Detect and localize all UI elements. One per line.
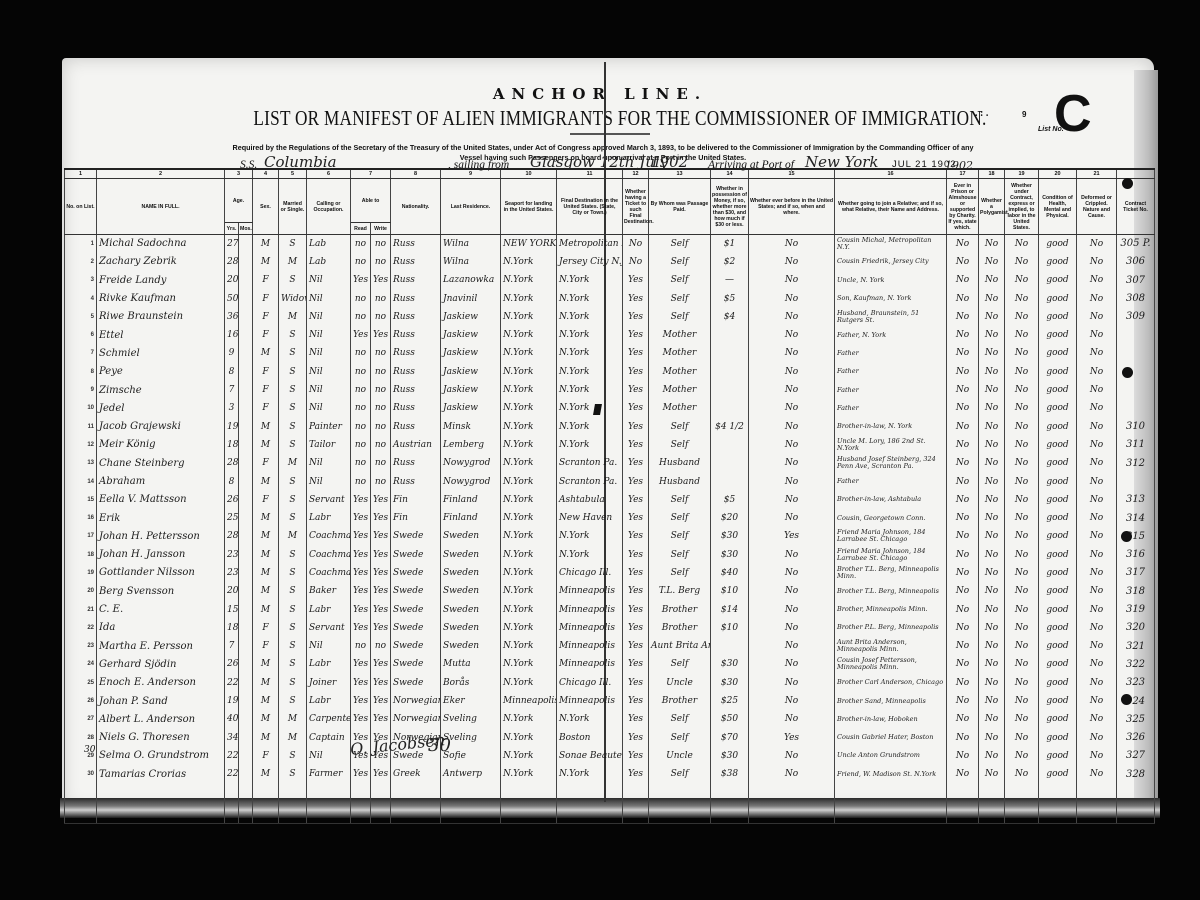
header-money: Whether in possession of Money, if so, w… <box>711 179 749 235</box>
money-cell: $30 <box>711 674 749 692</box>
age-months-cell <box>239 326 253 344</box>
seaport-cell: N.York <box>501 491 557 509</box>
can-read-cell: Yes <box>351 509 371 527</box>
health-cell: good <box>1039 600 1077 618</box>
money-cell <box>711 399 749 417</box>
health-cell: good <box>1039 527 1077 545</box>
final-destination-cell: N.York <box>557 271 623 289</box>
money-cell: $4 <box>711 308 749 326</box>
row-number-cell: 5 <box>65 308 97 326</box>
can-write-cell: no <box>371 637 391 655</box>
last-residence-cell: Sweden <box>441 600 501 618</box>
prison-cell: No <box>947 655 979 673</box>
blank-cell <box>1077 783 1117 823</box>
contract-cell: No <box>1005 289 1039 307</box>
contract-cell: No <box>1005 527 1039 545</box>
table-row: 21C. E.15MSLabrYesYesSwedeSwedenN.YorkMi… <box>65 600 1155 618</box>
joining-relative-cell: Friend Maria Johnson, 184 Larrabee St. C… <box>835 546 947 564</box>
can-write-cell: no <box>371 436 391 454</box>
can-read-cell: Yes <box>351 655 371 673</box>
seaport-cell: N.York <box>501 509 557 527</box>
before-in-us-cell: No <box>749 326 835 344</box>
money-cell: $4 1/2 <box>711 417 749 435</box>
seaport-cell: N.York <box>501 417 557 435</box>
age-years-cell: 40 <box>225 710 239 728</box>
header-able-to: Able to <box>351 179 391 223</box>
joining-relative-cell: Cousin Gabriel Hater, Boston <box>835 729 947 747</box>
can-read-cell: Yes <box>351 674 371 692</box>
age-months-cell <box>239 692 253 710</box>
joining-relative-cell: Husband, Braunstein, 51 Rutgers St. <box>835 308 947 326</box>
age-years-cell: 50 <box>225 289 239 307</box>
last-residence-cell: Jnavinil <box>441 289 501 307</box>
sex-cell: M <box>253 765 279 783</box>
before-in-us-cell: No <box>749 289 835 307</box>
final-destination-cell: N.York <box>557 363 623 381</box>
age-years-cell: 19 <box>225 417 239 435</box>
health-cell: good <box>1039 326 1077 344</box>
table-row: 28Niels G. Thoresen34MMCaptainYesYesNorw… <box>65 729 1155 747</box>
signature-count: 30 <box>428 735 451 756</box>
age-months-cell <box>239 308 253 326</box>
table-row: 22Ida18FSServantYesYesSwedeSwedenN.YorkM… <box>65 619 1155 637</box>
nationality-cell: Swede <box>391 564 441 582</box>
can-read-cell: Yes <box>351 710 371 728</box>
health-cell: good <box>1039 417 1077 435</box>
row-number-cell: 24 <box>65 655 97 673</box>
deformed-cell: No <box>1077 637 1117 655</box>
occupation-cell: Lab <box>307 253 351 271</box>
final-destination-cell: Sonae Beaute <box>557 747 623 765</box>
passage-paid-by-cell: Aunt Brita Anderson <box>649 637 711 655</box>
manifest-table-container: 1 2 3 4 5 6 7 8 9 10 11 12 13 14 15 16 1… <box>64 168 1134 768</box>
header-ticket-to-final: Whether having a Ticket to such Final De… <box>623 179 649 235</box>
final-destination-cell: Chicago Ill. <box>557 564 623 582</box>
age-years-cell: 16 <box>225 326 239 344</box>
age-years-cell: 7 <box>225 637 239 655</box>
age-years-cell: 19 <box>225 692 239 710</box>
prison-cell: No <box>947 582 979 600</box>
marital-status-cell: S <box>279 472 307 490</box>
joining-relative-cell: Brother Carl Anderson, Chicago <box>835 674 947 692</box>
nationality-cell: Swede <box>391 600 441 618</box>
nationality-cell: Austrian <box>391 436 441 454</box>
row-number-cell: 16 <box>65 509 97 527</box>
health-cell: good <box>1039 363 1077 381</box>
marital-status-cell: M <box>279 527 307 545</box>
joining-relative-cell: Brother-in-law, N. York <box>835 417 947 435</box>
polygamist-cell: No <box>979 582 1005 600</box>
passage-paid-by-cell: Self <box>649 655 711 673</box>
ticket-to-destination-cell: Yes <box>623 417 649 435</box>
occupation-cell: Nil <box>307 363 351 381</box>
money-cell: $40 <box>711 564 749 582</box>
last-residence-cell: Sveling <box>441 710 501 728</box>
age-years-cell: 15 <box>225 600 239 618</box>
age-months-cell <box>239 271 253 289</box>
occupation-cell: Coachman <box>307 564 351 582</box>
ticket-to-destination-cell: Yes <box>623 308 649 326</box>
can-read-cell: no <box>351 472 371 490</box>
age-years-cell: 9 <box>225 344 239 362</box>
joining-relative-cell: Uncle Anton Grundstrom <box>835 747 947 765</box>
before-in-us-cell: No <box>749 747 835 765</box>
polygamist-cell: No <box>979 637 1005 655</box>
can-write-cell: Yes <box>371 491 391 509</box>
ticket-to-destination-cell: Yes <box>623 527 649 545</box>
nationality-cell: Swede <box>391 527 441 545</box>
before-in-us-cell: No <box>749 582 835 600</box>
nationality-cell: Russ <box>391 472 441 490</box>
passenger-name-cell: Peye <box>97 363 225 381</box>
contract-cell: No <box>1005 344 1039 362</box>
passage-paid-by-cell: Self <box>649 289 711 307</box>
ticket-to-destination-cell: Yes <box>623 509 649 527</box>
prison-cell: No <box>947 454 979 472</box>
nationality-cell: Russ <box>391 289 441 307</box>
passenger-name-cell: Johan H. Jansson <box>97 546 225 564</box>
passage-paid-by-cell: Self <box>649 417 711 435</box>
age-years-cell: 22 <box>225 674 239 692</box>
sex-cell: F <box>253 399 279 417</box>
contract-cell: No <box>1005 235 1039 253</box>
prison-cell: No <box>947 546 979 564</box>
final-destination-cell: N.York <box>557 344 623 362</box>
seaport-cell: NEW YORK <box>501 235 557 253</box>
can-read-cell: no <box>351 235 371 253</box>
seaport-cell: N.York <box>501 546 557 564</box>
polygamist-cell: No <box>979 692 1005 710</box>
contract-cell: No <box>1005 692 1039 710</box>
passenger-name-cell: Berg Svensson <box>97 582 225 600</box>
deformed-cell: No <box>1077 417 1117 435</box>
can-read-cell: no <box>351 637 371 655</box>
polygamist-cell: No <box>979 747 1005 765</box>
blank-cell <box>65 783 97 823</box>
sex-cell: F <box>253 381 279 399</box>
header-relative: Whether going to join a Relative; and if… <box>835 179 947 235</box>
age-years-cell: 20 <box>225 582 239 600</box>
passenger-name-cell: Freide Landy <box>97 271 225 289</box>
age-months-cell <box>239 491 253 509</box>
row-number-cell: 20 <box>65 582 97 600</box>
before-in-us-cell: No <box>749 308 835 326</box>
sex-cell: F <box>253 289 279 307</box>
deformed-cell: No <box>1077 710 1117 728</box>
deformed-cell: No <box>1077 527 1117 545</box>
age-months-cell <box>239 417 253 435</box>
contract-cell: No <box>1005 710 1039 728</box>
can-read-cell: no <box>351 363 371 381</box>
before-in-us-cell: No <box>749 655 835 673</box>
can-read-cell: Yes <box>351 326 371 344</box>
blank-cell <box>749 783 835 823</box>
contract-cell: No <box>1005 582 1039 600</box>
polygamist-cell: No <box>979 674 1005 692</box>
can-read-cell: Yes <box>351 692 371 710</box>
passenger-name-cell: Riwe Braunstein <box>97 308 225 326</box>
last-residence-cell: Lemberg <box>441 436 501 454</box>
ticket-number-cell: 307 <box>1117 271 1155 289</box>
table-row: 17Johan H. Pettersson28MMCoachmanYesYesS… <box>65 527 1155 545</box>
age-months-cell <box>239 674 253 692</box>
money-cell: $30 <box>711 527 749 545</box>
passage-paid-by-cell: Brother <box>649 692 711 710</box>
polygamist-cell: No <box>979 399 1005 417</box>
row-number-cell: 3 <box>65 271 97 289</box>
health-cell: good <box>1039 381 1077 399</box>
joining-relative-cell: Brother T.L. Berg, Minneapolis <box>835 582 947 600</box>
prison-cell: No <box>947 253 979 271</box>
marital-status-cell: S <box>279 326 307 344</box>
joining-relative-cell: Cousin, Georgetown Conn. <box>835 509 947 527</box>
deformed-cell: No <box>1077 674 1117 692</box>
seaport-cell: N.York <box>501 637 557 655</box>
seaport-cell: N.York <box>501 710 557 728</box>
passage-paid-by-cell: Self <box>649 765 711 783</box>
passage-paid-by-cell: Husband <box>649 454 711 472</box>
contract-cell: No <box>1005 253 1039 271</box>
nationality-cell: Swede <box>391 619 441 637</box>
col-num: 11 <box>557 169 623 179</box>
last-residence-cell: Jaskiew <box>441 363 501 381</box>
seaport-cell: N.York <box>501 765 557 783</box>
health-cell: good <box>1039 289 1077 307</box>
blank-cell <box>649 783 711 823</box>
prison-cell: No <box>947 417 979 435</box>
col-num: 21 <box>1077 169 1117 179</box>
health-cell: good <box>1039 655 1077 673</box>
passage-paid-by-cell: T.L. Berg <box>649 582 711 600</box>
before-in-us-cell: No <box>749 235 835 253</box>
age-months-cell <box>239 381 253 399</box>
ticket-number-cell: 327 <box>1117 747 1155 765</box>
contract-cell: No <box>1005 472 1039 490</box>
header-last-residence: Last Residence. <box>441 179 501 235</box>
before-in-us-cell: No <box>749 710 835 728</box>
marital-status-cell: S <box>279 546 307 564</box>
last-residence-cell: Lazanowka <box>441 271 501 289</box>
col-num: 2 <box>97 169 225 179</box>
age-years-cell: 26 <box>225 491 239 509</box>
col-num: 5 <box>279 169 307 179</box>
joining-relative-cell: Friend, W. Madison St. N.York <box>835 765 947 783</box>
table-row: 29Selma O. Grundstrom22FSNilYesYesSwedeS… <box>65 747 1155 765</box>
contract-cell: No <box>1005 564 1039 582</box>
can-write-cell: no <box>371 454 391 472</box>
marital-status-cell: M <box>279 729 307 747</box>
money-cell <box>711 326 749 344</box>
blank-row <box>65 783 1155 823</box>
table-row: 12Meir König18MSTailornonoAustrianLember… <box>65 436 1155 454</box>
age-years-cell: 28 <box>225 253 239 271</box>
can-write-cell: no <box>371 363 391 381</box>
passenger-name-cell: Gerhard Sjödin <box>97 655 225 673</box>
sex-cell: M <box>253 710 279 728</box>
before-in-us-cell: No <box>749 436 835 454</box>
final-destination-cell: Jersey City N.J. <box>557 253 623 271</box>
money-cell: $30 <box>711 546 749 564</box>
row-number-cell: 8 <box>65 363 97 381</box>
before-in-us-cell: No <box>749 271 835 289</box>
row-number-cell: 12 <box>65 436 97 454</box>
before-in-us-cell: No <box>749 381 835 399</box>
polygamist-cell: No <box>979 509 1005 527</box>
blank-cell <box>279 783 307 823</box>
joining-relative-cell: Brother-in-law, Ashtabula <box>835 491 947 509</box>
final-destination-cell: New Haven <box>557 509 623 527</box>
joining-relative-cell: Brother P.L. Berg, Minneapolis <box>835 619 947 637</box>
last-residence-cell: Jaskiew <box>441 399 501 417</box>
col-num: 18 <box>979 169 1005 179</box>
ticket-number-cell <box>1117 399 1155 417</box>
marital-status-cell: S <box>279 619 307 637</box>
seaport-cell: N.York <box>501 564 557 582</box>
sex-cell: F <box>253 454 279 472</box>
before-in-us-cell: No <box>749 674 835 692</box>
ticket-to-destination-cell: Yes <box>623 747 649 765</box>
header-polygamist: Whether a Polygamist. <box>979 179 1005 235</box>
passenger-name-cell: Johan P. Sand <box>97 692 225 710</box>
can-write-cell: no <box>371 417 391 435</box>
can-write-cell: Yes <box>371 326 391 344</box>
money-cell: $20 <box>711 509 749 527</box>
ticket-number-cell: 305 P. <box>1117 235 1155 253</box>
before-in-us-cell: No <box>749 399 835 417</box>
before-in-us-cell: No <box>749 344 835 362</box>
polygamist-cell: No <box>979 655 1005 673</box>
contract-cell: No <box>1005 308 1039 326</box>
ticket-number-cell: 316 <box>1117 546 1155 564</box>
last-residence-cell: Minsk <box>441 417 501 435</box>
before-in-us-cell: Yes <box>749 729 835 747</box>
money-cell: — <box>711 271 749 289</box>
final-destination-cell: N.York <box>557 527 623 545</box>
col-num: 1 <box>65 169 97 179</box>
marital-status-cell: S <box>279 765 307 783</box>
money-cell: $25 <box>711 692 749 710</box>
ticket-to-destination-cell: Yes <box>623 399 649 417</box>
polygamist-cell: No <box>979 381 1005 399</box>
seaport-cell: N.York <box>501 747 557 765</box>
passenger-name-cell: Ida <box>97 619 225 637</box>
header-no-on-list: No. on List. <box>65 179 97 235</box>
can-read-cell: Yes <box>351 527 371 545</box>
contract-cell: No <box>1005 363 1039 381</box>
seaport-cell: N.York <box>501 436 557 454</box>
marital-status-cell: S <box>279 600 307 618</box>
blank-cell <box>351 783 371 823</box>
joining-relative-cell: Cousin Friedrik, Jersey City <box>835 253 947 271</box>
deformed-cell: No <box>1077 491 1117 509</box>
money-cell: $5 <box>711 491 749 509</box>
before-in-us-cell: No <box>749 637 835 655</box>
joining-relative-cell: Brother T.L. Berg, Minneapolis Minn. <box>835 564 947 582</box>
passenger-name-cell: Erik <box>97 509 225 527</box>
row-number-cell: 11 <box>65 417 97 435</box>
passenger-name-cell: C. E. <box>97 600 225 618</box>
age-months-cell <box>239 637 253 655</box>
sex-cell: M <box>253 564 279 582</box>
sex-cell: F <box>253 637 279 655</box>
ticket-to-destination-cell: No <box>623 253 649 271</box>
age-months-cell <box>239 399 253 417</box>
age-years-cell: 8 <box>225 472 239 490</box>
col-num: 19 <box>1005 169 1039 179</box>
joining-relative-cell: Aunt Brita Anderson, Minneapolis Minn. <box>835 637 947 655</box>
before-in-us-cell: No <box>749 692 835 710</box>
row-number-cell: 30 <box>65 765 97 783</box>
seaport-cell: N.York <box>501 363 557 381</box>
passage-paid-by-cell: Self <box>649 527 711 545</box>
header-contract: Whether under Contract, express or impli… <box>1005 179 1039 235</box>
nationality-cell: Russ <box>391 363 441 381</box>
table-row: 1Michal Sadochna27MSLabnonoRussWilnaNEW … <box>65 235 1155 253</box>
col-num: 4 <box>253 169 279 179</box>
seaport-cell: N.York <box>501 253 557 271</box>
prison-cell: No <box>947 381 979 399</box>
money-cell <box>711 454 749 472</box>
health-cell: good <box>1039 308 1077 326</box>
occupation-cell: Labr <box>307 509 351 527</box>
prison-cell: No <box>947 710 979 728</box>
can-read-cell: Yes <box>351 491 371 509</box>
prison-cell: No <box>947 472 979 490</box>
punch-hole <box>1122 178 1133 189</box>
money-cell: $2 <box>711 253 749 271</box>
age-years-cell: 34 <box>225 729 239 747</box>
last-residence-cell: Sweden <box>441 527 501 545</box>
prison-cell: No <box>947 692 979 710</box>
money-cell <box>711 363 749 381</box>
age-years-cell: 25 <box>225 509 239 527</box>
row-number-cell: 1 <box>65 235 97 253</box>
polygamist-cell: No <box>979 600 1005 618</box>
occupation-cell: Labr <box>307 692 351 710</box>
col-num: 15 <box>749 169 835 179</box>
marital-status-cell: S <box>279 344 307 362</box>
ticket-to-destination-cell: Yes <box>623 381 649 399</box>
passenger-name-cell: Abraham <box>97 472 225 490</box>
marital-status-cell: S <box>279 747 307 765</box>
money-cell: $30 <box>711 655 749 673</box>
final-destination-cell: N.York <box>557 417 623 435</box>
passenger-name-cell: Zachary Zebrik <box>97 253 225 271</box>
row-number-cell: 19 <box>65 564 97 582</box>
can-write-cell: Yes <box>371 692 391 710</box>
header-name: NAME IN FULL. <box>97 179 225 235</box>
final-destination-cell: Minneapolis <box>557 637 623 655</box>
col-num: 9 <box>441 169 501 179</box>
header-sex: Sex. <box>253 179 279 235</box>
contract-cell: No <box>1005 399 1039 417</box>
occupation-cell: Captain <box>307 729 351 747</box>
health-cell: good <box>1039 509 1077 527</box>
ticket-to-destination-cell: Yes <box>623 472 649 490</box>
polygamist-cell: No <box>979 546 1005 564</box>
ticket-to-destination-cell: Yes <box>623 655 649 673</box>
last-residence-cell: Antwerp <box>441 765 501 783</box>
passenger-name-cell: Enoch E. Anderson <box>97 674 225 692</box>
passage-paid-by-cell: Uncle <box>649 674 711 692</box>
age-years-cell: 26 <box>225 655 239 673</box>
contract-cell: No <box>1005 271 1039 289</box>
blank-cell <box>371 783 391 823</box>
occupation-cell: Carpenter <box>307 710 351 728</box>
health-cell: good <box>1039 253 1077 271</box>
seaport-cell: N.York <box>501 472 557 490</box>
occupation-cell: Nil <box>307 454 351 472</box>
